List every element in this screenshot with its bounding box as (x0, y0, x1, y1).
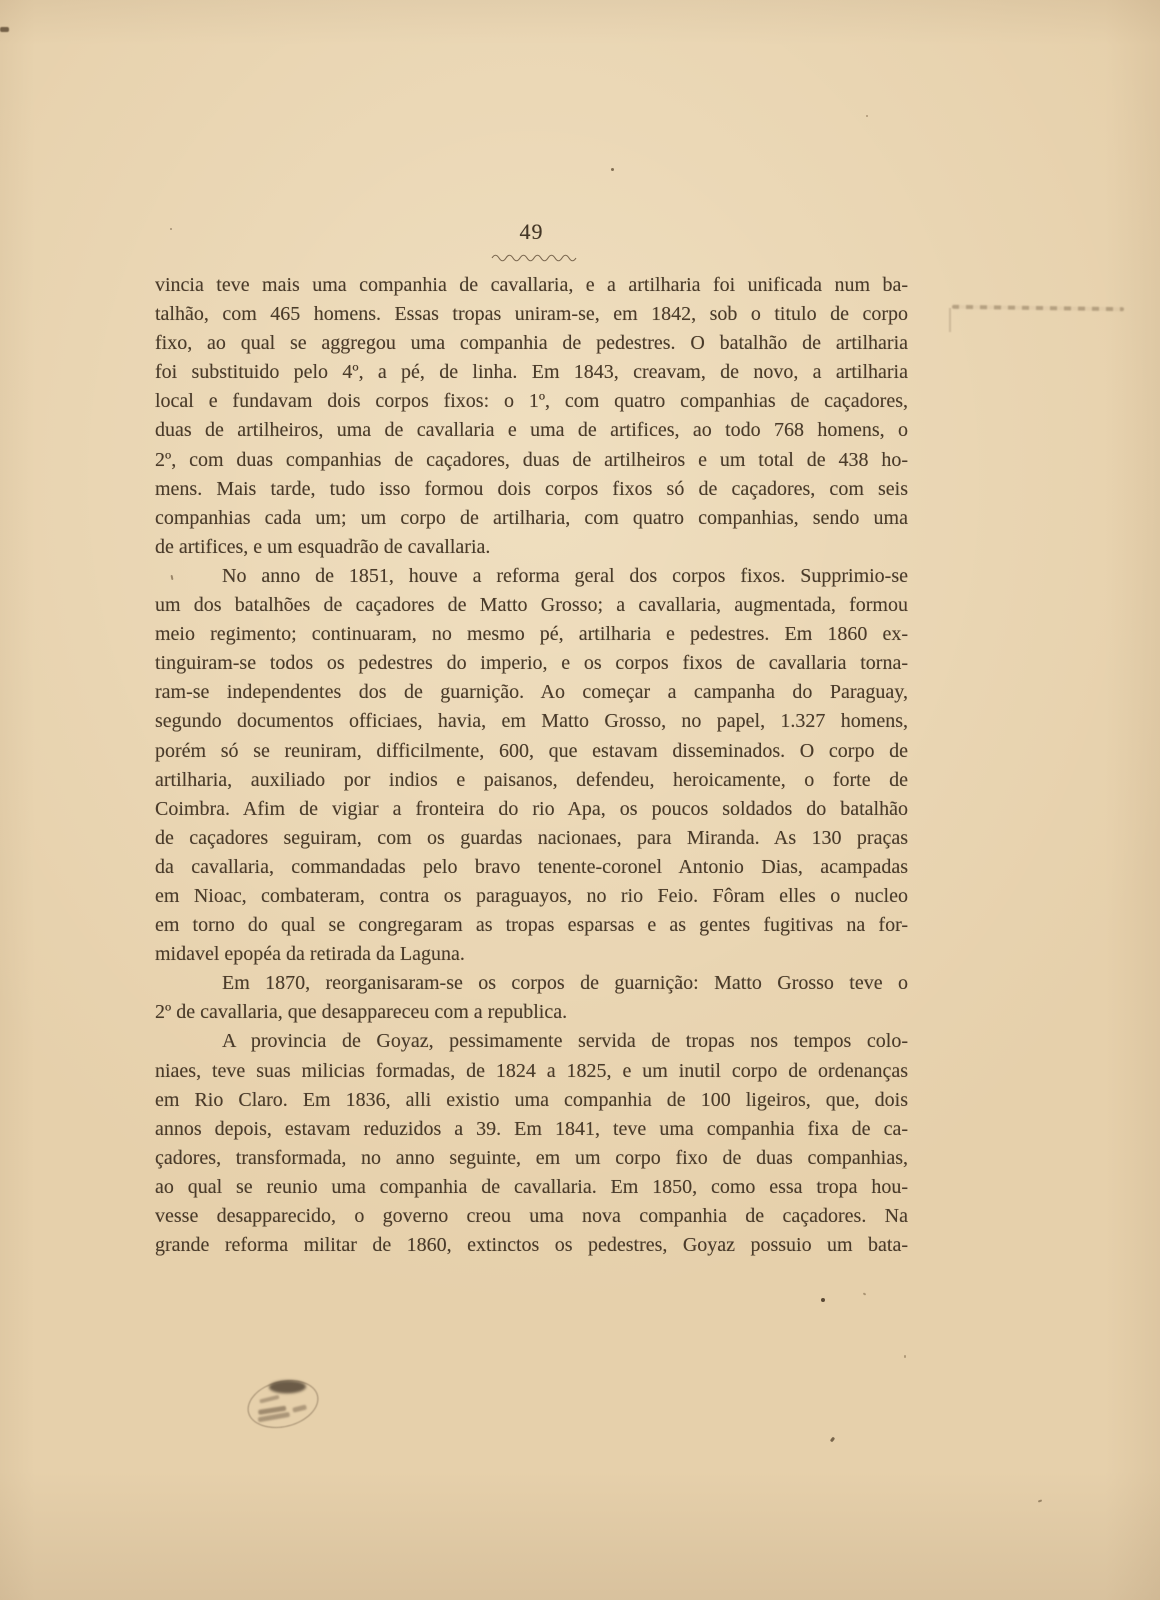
text-line: porém só se reuniram, difficilmente, 600… (155, 737, 908, 766)
ink-speck (830, 1437, 835, 1443)
text-line: fixo, ao qual se aggregou uma companhia … (155, 329, 908, 358)
text-line: ao qual se reunio uma companhia de caval… (155, 1173, 908, 1202)
ink-speck (821, 1298, 825, 1302)
text-line: tinguiram-se todos os pedestres do imper… (155, 649, 908, 678)
text-line: 2º, com duas companhias de caçadores, du… (155, 446, 908, 475)
ink-speck (611, 168, 614, 171)
text-line: segundo documentos officiaes, havia, em … (155, 707, 908, 736)
text-line: vesse desapparecido, o governo creou uma… (155, 1202, 908, 1231)
text-line: midavel epopéa da retirada da Laguna. (155, 940, 908, 969)
text-line: çadores, transformada, no anno seguinte,… (155, 1144, 908, 1173)
pencil-smudge (952, 305, 1124, 311)
text-line: em torno do qual se congregaram as tropa… (155, 911, 908, 940)
text-line: duas de artilheiros, uma de cavallaria e… (155, 416, 908, 445)
text-line: foi substituido pelo 4º, a pé, de linha.… (155, 358, 908, 387)
text-line: talhão, com 465 homens. Essas tropas uni… (155, 300, 908, 329)
text-line: Coimbra. Afim de vigiar a fronteira do r… (155, 795, 908, 824)
page-number-underline (490, 250, 578, 268)
ink-speck (904, 1355, 906, 1358)
text-line: 2º de cavallaria, que desappareceu com a… (155, 998, 908, 1027)
text-line: vincia teve mais uma companhia de cavall… (155, 271, 908, 300)
text-line: de artifices, e um esquadrão de cavallar… (155, 533, 908, 562)
text-line: um dos batalhões de caçadores de Matto G… (155, 591, 908, 620)
text-line: em Nioac, combateram, contra os paraguay… (155, 882, 908, 911)
edge-ink-dash (0, 27, 9, 32)
body-text: vincia teve mais uma companhia de cavall… (155, 271, 908, 1260)
text-line: artilharia, auxiliado por indios e paisa… (155, 766, 908, 795)
library-stamp (241, 1371, 325, 1437)
text-line: de caçadores seguiram, com os guardas na… (155, 824, 908, 853)
text-line: em Rio Claro. Em 1836, alli existio uma … (155, 1086, 908, 1115)
text-line: meio regimento; continuaram, no mesmo pé… (155, 620, 908, 649)
text-line: ram-se independentes dos de guarnição. A… (155, 678, 908, 707)
ink-speck (866, 115, 868, 117)
text-line: annos depois, estavam reduzidos a 39. Em… (155, 1115, 908, 1144)
scanned-page: 49 vincia teve mais uma companhia de cav… (0, 0, 1160, 1600)
text-line: grande reforma militar de 1860, extincto… (155, 1231, 908, 1260)
text-line: companhias cada um; um corpo de artilhar… (155, 504, 908, 533)
text-line: niaes, teve suas milicias formadas, de 1… (155, 1057, 908, 1086)
text-line: local e fundavam dois corpos fixos: o 1º… (155, 387, 908, 416)
ink-speck (1038, 1499, 1042, 1502)
ink-speck (863, 1292, 867, 1295)
text-line: No anno de 1851, houve a reforma geral d… (155, 562, 908, 591)
page-number: 49 (155, 219, 908, 245)
pencil-smudge-tail (949, 308, 951, 332)
ink-speck (170, 228, 172, 230)
text-line: Em 1870, reorganisaram-se os corpos de g… (155, 969, 908, 998)
text-line: da cavallaria, commandadas pelo bravo te… (155, 853, 908, 882)
text-line: A provincia de Goyaz, pessimamente servi… (155, 1027, 908, 1056)
text-line: mens. Mais tarde, tudo isso formou dois … (155, 475, 908, 504)
